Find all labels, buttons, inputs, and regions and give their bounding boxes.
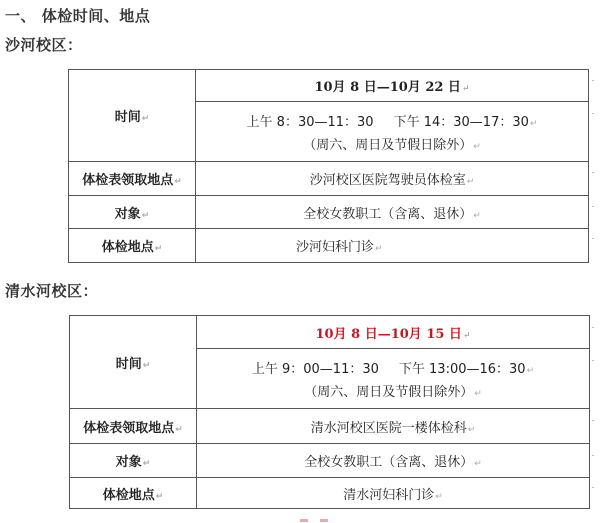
exam-location-label-cell: 体检地点↵ [69,229,196,263]
paragraph-mark-icon: ↵ [143,361,151,371]
paragraph-mark-icon: ↵ [435,492,443,502]
target-label-cell: 对象↵ [69,196,196,229]
paragraph-mark-icon: ↵ [143,459,151,469]
row-end-mark [592,172,594,173]
exception-note: （周六、周日及节假日除外） [304,385,473,400]
schedule-table-shahe: 时间↵ 10月 8 日—10月 22 日↵ 上午 8：30—11：30下午 14… [68,69,589,263]
form-pickup-label: 体检表领取地点 [82,173,173,188]
date-range: 10月 8 日—10月 15 日 [316,327,462,342]
time-label: 时间 [116,357,142,372]
target-value-cell: 全校女教职工（含离、退休）↵ [196,196,589,229]
exam-location-value-cell: 沙河妇科门诊↵ [196,229,589,263]
paragraph-mark-icon: ↵ [473,142,481,152]
paragraph-mark-icon: ↵ [463,331,471,341]
afternoon-hours: 下午 14：30—17：30 [394,115,529,130]
exam-location-value: 清水河妇科门诊 [343,488,434,503]
afternoon-hours: 下午 13:00—16：30 [399,362,526,377]
exam-location-label: 体检地点 [103,488,155,503]
campus-heading-qingshuihe: 清水河校区： [5,280,98,301]
paragraph-mark-icon: ↵ [375,244,383,254]
cropped-text-fragment [320,519,328,522]
schedule-table-qingshuihe: 时间↵ 10月 8 日—10月 15 日↵ 上午 9：00—11：30下午 13… [69,315,590,509]
paragraph-mark-icon: ↵ [174,177,182,187]
row-end-mark [592,206,594,207]
target-label: 对象 [115,207,141,222]
form-pickup-value-cell: 沙河校区医院驾驶员体检室↵ [196,162,589,196]
row-end-mark [592,487,594,488]
exam-location-label-cell: 体检地点↵ [70,478,197,509]
hours-cell: 上午 9：00—11：30下午 13:00—16：30↵ （周六、周日及节假日除… [197,349,590,409]
row-end-mark [592,238,594,239]
form-pickup-value: 沙河校区医院驾驶员体检室 [310,173,466,188]
time-label-cell: 时间↵ [69,70,196,162]
paragraph-mark-icon: ↵ [474,459,482,469]
target-label: 对象 [116,455,142,470]
time-label: 时间 [115,110,141,125]
paragraph-mark-icon: ↵ [474,389,482,399]
paragraph-mark-icon: ↵ [155,244,163,254]
time-label-cell: 时间↵ [70,316,197,409]
morning-hours: 上午 8：30—11：30 [247,115,374,130]
paragraph-mark-icon: ↵ [473,211,481,221]
form-pickup-label: 体检表领取地点 [83,421,174,436]
row-end-mark [592,113,594,114]
target-value: 全校女教职工（含离、退休） [303,207,472,222]
form-pickup-label-cell: 体检表领取地点↵ [70,409,197,444]
form-pickup-value-cell: 清水河校区医院一楼体检科↵ [197,409,590,444]
hours-cell: 上午 8：30—11：30下午 14：30—17：30↵ （周六、周日及节假日除… [196,102,589,162]
date-range-cell: 10月 8 日—10月 22 日↵ [196,70,589,102]
campus-heading-shahe: 沙河校区： [5,34,83,55]
section-heading: 一、 体检时间、地点 [5,5,150,26]
exam-location-value: 沙河妇科门诊 [296,240,374,255]
target-label-cell: 对象↵ [70,444,197,478]
exam-location-label: 体检地点 [102,240,154,255]
paragraph-mark-icon: ↵ [530,119,538,129]
row-end-mark [592,455,594,456]
row-end-mark [592,80,594,81]
paragraph-mark-icon: ↵ [142,114,150,124]
paragraph-mark-icon: ↵ [527,366,535,376]
form-pickup-value: 清水河校区医院一楼体检科 [311,421,467,436]
morning-hours: 上午 9：00—11：30 [252,362,379,377]
date-range-cell: 10月 8 日—10月 15 日↵ [197,316,590,349]
date-range: 10月 8 日—10月 22 日 [315,80,461,95]
row-end-mark [592,360,594,361]
paragraph-mark-icon: ↵ [156,492,164,502]
cropped-text-fragment [300,519,308,522]
paragraph-mark-icon: ↵ [142,211,150,221]
target-value: 全校女教职工（含离、退休） [304,455,473,470]
paragraph-mark-icon: ↵ [462,84,470,94]
row-end-mark [592,420,594,421]
paragraph-mark-icon: ↵ [175,425,183,435]
exception-note: （周六、周日及节假日除外） [303,138,472,153]
paragraph-mark-icon: ↵ [468,425,476,435]
row-end-mark [592,327,594,328]
form-pickup-label-cell: 体检表领取地点↵ [69,162,196,196]
exam-location-value-cell: 清水河妇科门诊↵ [197,478,590,509]
paragraph-mark-icon: ↵ [467,177,475,187]
target-value-cell: 全校女教职工（含离、退休）↵ [197,444,590,478]
